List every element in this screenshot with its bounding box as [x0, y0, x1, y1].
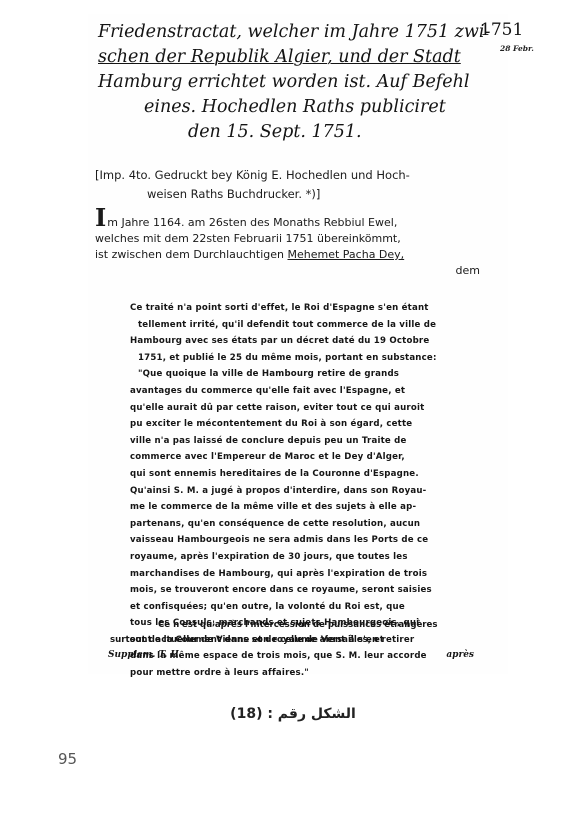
para-line-1-text: m Jahre 1164. am 26sten des Monaths Rebb…	[107, 216, 397, 229]
quote-line: partenans, qu'en conséquence de cette re…	[130, 516, 472, 533]
title-line-4: eines. Hochedlen Raths publiciret	[98, 95, 518, 120]
title-line-1: Friedenstractat, welcher im Jahre 1751 z…	[98, 20, 518, 45]
para-line-3: ist zwischen dem Durchlauchtigen Mehemet…	[95, 247, 480, 263]
imprint-note: [Imp. 4to. Gedruckt bey König E. Hochedl…	[95, 166, 485, 204]
margin-year: 1751	[480, 20, 523, 40]
quote-line: "Que quoique la ville de Hambourg retire…	[130, 366, 472, 383]
quote-line: Qu'ainsi S. M. a jugé à propos d'interdi…	[130, 483, 472, 500]
quote-line: Ce traité n'a point sorti d'effet, le Ro…	[130, 300, 472, 317]
drop-cap: I	[95, 203, 106, 232]
underlined-name: Mehemet Pacha Dey,	[288, 248, 405, 261]
imprint-line-1: [Imp. 4to. Gedruckt bey König E. Hochedl…	[95, 166, 485, 185]
quote-line: royaume, après l'expiration de 30 jours,…	[130, 549, 472, 566]
quote-line: mois, se trouveront encore dans ce royau…	[130, 582, 472, 599]
quote-line: marchandises de Hambourg, qui après l'ex…	[130, 566, 472, 583]
imprint-line-2: weisen Raths Buchdrucker. *)]	[95, 185, 485, 204]
title-line-2: schen der Republik Algier, und der Stadt	[98, 45, 518, 70]
quote-line: tellement irrité, qu'il defendit tout co…	[130, 317, 472, 334]
para-line-2: welches mit dem 22sten Februarii 1751 üb…	[95, 231, 480, 247]
para-line-4: dem	[95, 263, 480, 279]
para-line-1: Im Jahre 1164. am 26sten des Monaths Reb…	[95, 210, 480, 231]
page-number: 95	[58, 750, 77, 768]
quote-line: ville n'a pas laissé de conclure depuis …	[130, 433, 472, 450]
signature-mark: Supplem. T. II.	[108, 650, 182, 660]
quote-line: 1751, et publié le 25 du même mois, port…	[130, 350, 472, 367]
opening-paragraph: Im Jahre 1164. am 26sten des Monaths Reb…	[95, 210, 480, 279]
quote-line: pu exciter le mécontentement du Roi à so…	[130, 416, 472, 433]
quote-line: commerce avec l'Empereur de Maroc et le …	[130, 449, 472, 466]
closing-paragraph: Ce n'est qu'après l'intercession de puis…	[110, 618, 474, 648]
tail-line-1: Ce n'est qu'après l'intercession de puis…	[110, 618, 474, 633]
quote-line: avantages du commerce qu'elle fait avec …	[130, 383, 472, 400]
page-footer: Supplem. T. II. après	[108, 650, 474, 660]
quote-line: me le commerce de la même ville et des s…	[130, 499, 472, 516]
quote-line: qu'elle aurait dû par cette raison, evit…	[130, 400, 472, 417]
quote-line: pour mettre ordre à leurs affaires."	[130, 665, 472, 682]
title-line-3: Hamburg errichtet worden ist. Auf Befehl	[98, 70, 518, 95]
figure-caption: الشكل رقم : (18)	[0, 706, 586, 722]
quote-line: et confisquées; qu'en outre, la volonté …	[130, 599, 472, 616]
margin-date-note: 28 Febr.	[500, 44, 534, 53]
document-title: Friedenstractat, welcher im Jahre 1751 z…	[98, 20, 518, 145]
quote-line: Hambourg avec ses états par un décret da…	[130, 333, 472, 350]
title-line-5: den 15. Sept. 1751.	[98, 120, 518, 145]
para-line-3-text: ist zwischen dem Durchlauchtigen	[95, 248, 288, 261]
tail-line-2: surtout de la Cour de Vienne et de celle…	[110, 633, 474, 648]
quote-line: vaisseau Hambourgeois ne sera admis dans…	[130, 532, 472, 549]
quote-line: qui sont ennemis hereditaires de la Cour…	[130, 466, 472, 483]
catchword: après	[446, 650, 474, 660]
